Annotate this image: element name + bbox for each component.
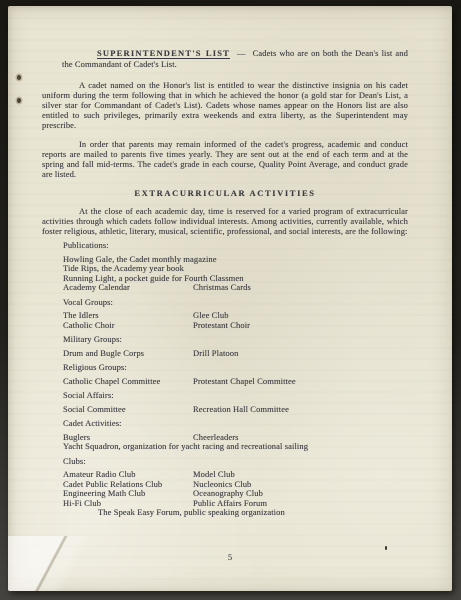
activity-row: Catholic Chapel CommitteeProtestant Chap… xyxy=(63,377,408,387)
activity-name-left: Catholic Choir xyxy=(63,321,193,331)
activity-group-rows: Catholic Chapel CommitteeProtestant Chap… xyxy=(63,377,408,387)
honor-insignia-paragraph: A cadet named on the Honor's list is ent… xyxy=(42,80,408,130)
activity-group-label: Vocal Groups: xyxy=(63,298,408,308)
ink-speck xyxy=(385,546,387,550)
activity-group-label: Religious Groups: xyxy=(63,363,408,373)
activity-name-right xyxy=(217,255,408,265)
activity-row: Academy CalendarChristmas Cards xyxy=(63,283,408,293)
scan-background: SUPERINTENDENT'S LIST—Cadets who are on … xyxy=(0,0,461,600)
activity-row: Yacht Squadron, organization for yacht r… xyxy=(63,442,408,452)
activity-row: Catholic ChoirProtestant Choir xyxy=(63,321,408,331)
activity-group-rows: Drum and Bugle CorpsDrill Platoon xyxy=(63,349,408,359)
superintendents-list-paragraph: SUPERINTENDENT'S LIST—Cadets who are on … xyxy=(62,48,408,69)
activity-group: Cadet Activities: BuglersCheerleadersYac… xyxy=(63,419,408,452)
activity-group-rows: Howling Gale, the Cadet monthly magazine… xyxy=(63,255,408,293)
superintendents-list-title: SUPERINTENDENT'S LIST xyxy=(97,48,230,58)
activity-name-left: Social Committee xyxy=(63,405,193,415)
activity-group-label: Social Affairs: xyxy=(63,391,408,401)
page-content: SUPERINTENDENT'S LIST—Cadets who are on … xyxy=(42,48,408,518)
activity-group-label: Military Groups: xyxy=(63,335,408,345)
activities-list: Publications: Howling Gale, the Cadet mo… xyxy=(63,241,408,518)
activity-group: Publications: Howling Gale, the Cadet mo… xyxy=(63,241,408,293)
activity-row: Drum and Bugle CorpsDrill Platoon xyxy=(63,349,408,359)
activity-name-right: Protestant Chapel Committee xyxy=(193,377,408,387)
activity-name-left: Drum and Bugle Corps xyxy=(63,349,193,359)
activity-group-footer: The Speak Easy Forum, public speaking or… xyxy=(98,508,408,518)
punch-hole xyxy=(17,75,21,80)
activity-group-rows: BuglersCheerleadersYacht Squadron, organ… xyxy=(63,433,408,452)
corner-fold-crease xyxy=(8,536,118,591)
punch-hole xyxy=(17,98,21,103)
activity-group-rows: Social CommitteeRecreation Hall Committe… xyxy=(63,405,408,415)
page-number: 5 xyxy=(8,552,452,562)
activity-name-left: Yacht Squadron, organization for yacht r… xyxy=(63,442,308,452)
activity-group: Religious Groups: Catholic Chapel Commit… xyxy=(63,363,408,386)
activity-name-right: Christmas Cards xyxy=(193,283,408,293)
document-page: SUPERINTENDENT'S LIST—Cadets who are on … xyxy=(8,6,452,591)
activity-name-right xyxy=(244,274,408,284)
title-dash: — xyxy=(237,48,246,58)
activity-group-label: Publications: xyxy=(63,241,408,251)
parent-reports-paragraph: In order that parents may remain informe… xyxy=(42,139,408,179)
activity-group: Military Groups: Drum and Bugle CorpsDri… xyxy=(63,335,408,358)
activity-group: Clubs: Amateur Radio ClubModel ClubCadet… xyxy=(63,457,408,518)
activity-group: Social Affairs: Social CommitteeRecreati… xyxy=(63,391,408,414)
extracurricular-intro-paragraph: At the close of each academic day, time … xyxy=(42,206,408,236)
activity-group-rows: The IdlersGlee ClubCatholic ChoirProtest… xyxy=(63,311,408,330)
activity-name-right xyxy=(308,442,408,452)
activity-name-left: Academy Calendar xyxy=(63,283,193,293)
activity-name-right: Protestant Choir xyxy=(193,321,408,331)
activity-name-right: Recreation Hall Committee xyxy=(193,405,408,415)
activity-name-left: Catholic Chapel Committee xyxy=(63,377,193,387)
extracurricular-activities-heading: EXTRACURRICULAR ACTIVITIES xyxy=(42,188,408,198)
activity-group-label: Clubs: xyxy=(63,457,408,467)
activity-name-right: Drill Platoon xyxy=(193,349,408,359)
activity-group-label: Cadet Activities: xyxy=(63,419,408,429)
activity-group-rows: Amateur Radio ClubModel ClubCadet Public… xyxy=(63,470,408,508)
activity-row: Social CommitteeRecreation Hall Committe… xyxy=(63,405,408,415)
activity-group: Vocal Groups: The IdlersGlee ClubCatholi… xyxy=(63,298,408,331)
